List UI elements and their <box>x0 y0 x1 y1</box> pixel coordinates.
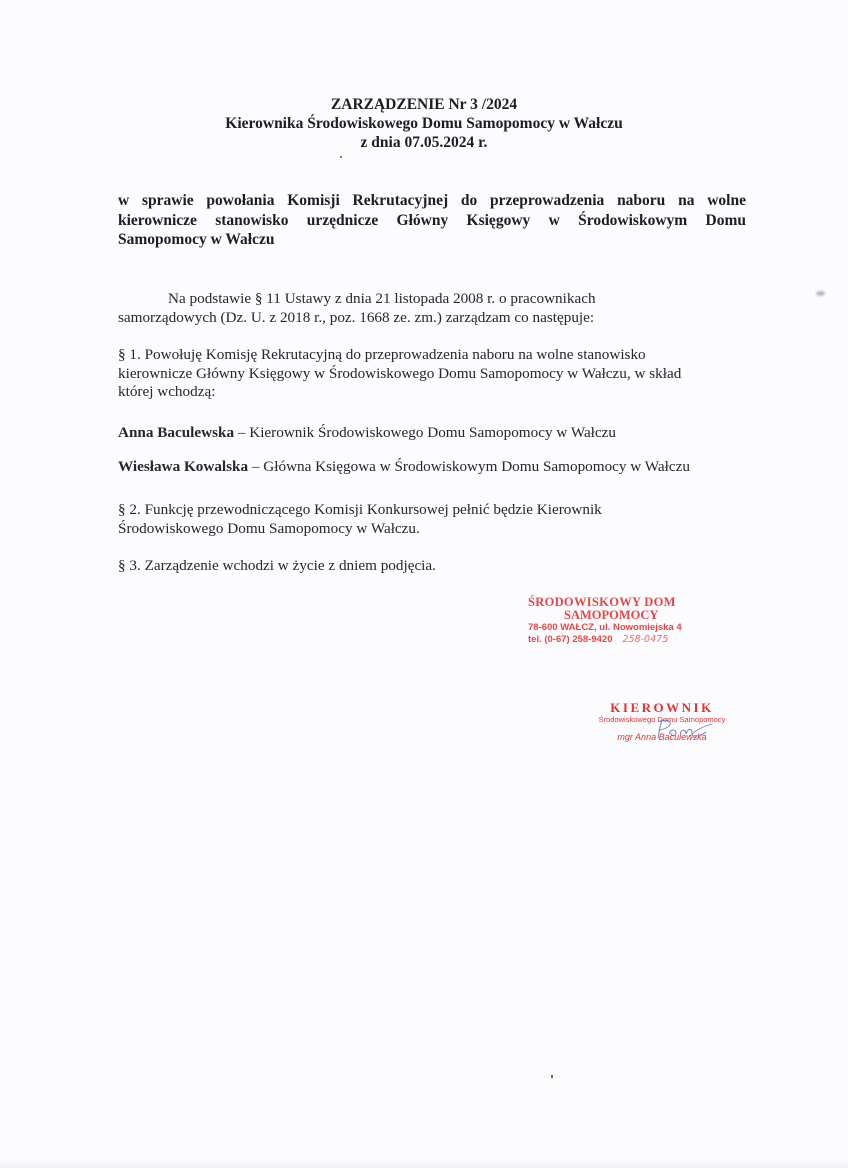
page-edge <box>0 1160 848 1168</box>
document-issuer: Kierownika Środowiskowego Domu Samopomoc… <box>0 114 848 133</box>
stamp-line-2: SAMOPOMOCY <box>528 609 748 622</box>
document-header: ZARZĄDZENIE Nr 3 /2024 Kierownika Środow… <box>0 95 848 152</box>
document-title: ZARZĄDZENIE Nr 3 /2024 <box>0 95 848 114</box>
handwritten-signature <box>640 716 720 750</box>
paragraph-2: § 2. Funkcję przewodniczącego Komisji Ko… <box>118 501 718 538</box>
institution-stamp: ŚRODOWISKOWY DOM SAMOPOMOCY 78-600 WAŁCZ… <box>528 596 748 646</box>
paragraph-3-text: § 3. Zarządzenie wchodzi w życie z dniem… <box>118 557 618 576</box>
legal-basis-line-1: Na podstawie § 11 Ustawy z dnia 21 listo… <box>118 290 738 309</box>
paragraph-1-line-3: której wchodzą: <box>118 383 758 402</box>
subject-line-1: w sprawie powołania Komisji Rekrutacyjne… <box>118 191 746 211</box>
legal-basis-line-2: samorządowych (Dz. U. z 2018 r., poz. 16… <box>118 309 738 328</box>
member-role: – Kierownik Środowiskowego Domu Samopomo… <box>234 424 616 441</box>
stamp-handwritten-phone: 258-0475 <box>623 634 669 645</box>
paragraph-2-line-1: § 2. Funkcję przewodniczącego Komisji Ko… <box>118 501 718 520</box>
committee-member: Wiesława Kowalska – Główna Księgowa w Śr… <box>118 458 818 477</box>
document-date: z dnia 07.05.2024 r. <box>0 133 848 152</box>
paragraph-1-line-2: kierownicze Główny Księgowy w Środowisko… <box>118 365 758 384</box>
signature-stamp-title: KIEROWNIK <box>582 701 742 715</box>
scan-speck <box>551 1075 553 1078</box>
paragraph-3: § 3. Zarządzenie wchodzi w życie z dniem… <box>118 557 618 576</box>
document-subject: w sprawie powołania Komisji Rekrutacyjne… <box>118 191 746 250</box>
stamp-phone-number: tel. (0-67) 258-9420 <box>528 634 613 645</box>
document-page: ZARZĄDZENIE Nr 3 /2024 Kierownika Środow… <box>0 0 848 1168</box>
stamp-address: 78-600 WAŁCZ, ul. Nowomiejska 4 <box>528 622 748 634</box>
paragraph-1: § 1. Powołuję Komisję Rekrutacyjną do pr… <box>118 346 758 402</box>
subject-line-2: kierownicze stanowisko urzędnicze Główny… <box>118 211 746 231</box>
scan-smudge <box>816 291 825 296</box>
subject-line-3: Samopomocy w Wałczu <box>118 230 746 250</box>
committee-member: Anna Baculewska – Kierownik Środowiskowe… <box>118 424 778 443</box>
member-name: Wiesława Kowalska <box>118 458 248 475</box>
paragraph-2-line-2: Środowiskowego Domu Samopomocy w Wałczu. <box>118 520 718 539</box>
stamp-phone: tel. (0-67) 258-9420258-0475 <box>528 634 748 646</box>
scan-dot <box>340 156 342 158</box>
member-role: – Główna Księgowa w Środowiskowym Domu S… <box>248 458 690 475</box>
legal-basis-paragraph: Na podstawie § 11 Ustawy z dnia 21 listo… <box>118 290 738 327</box>
paragraph-1-line-1: § 1. Powołuję Komisję Rekrutacyjną do pr… <box>118 346 758 365</box>
member-name: Anna Baculewska <box>118 424 234 441</box>
